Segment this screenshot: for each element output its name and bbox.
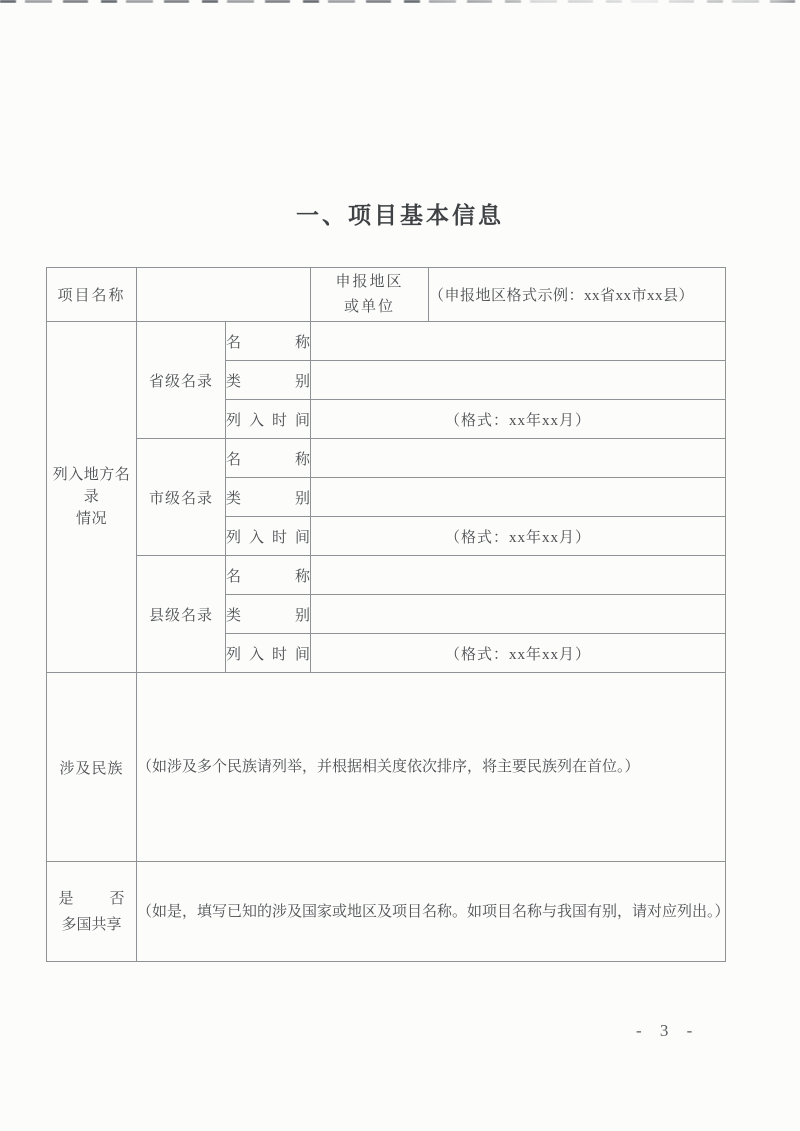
municipal-category-label: 类 别: [226, 478, 311, 517]
provincial-name-value: [311, 322, 726, 361]
declaring-region-label-line1: 申报地区: [335, 274, 403, 290]
declaring-region-label-line2: 或单位: [344, 299, 395, 315]
municipal-directory-label: 市级名录: [137, 439, 226, 556]
project-name-value: [137, 268, 311, 322]
provincial-date-label: 列入时间: [226, 400, 311, 439]
provincial-category-value: [311, 361, 726, 400]
project-name-label: 项目名称: [47, 268, 137, 322]
page-title: 一、项目基本信息: [0, 197, 800, 230]
multi-country-shared-label-line2: 多国共享: [61, 917, 121, 933]
provincial-directory-label: 省级名录: [137, 322, 226, 439]
ethnic-groups-value: （如涉及多个民族请列举，并根据相关度依次排序，将主要民族列在首位。）: [137, 673, 726, 862]
multi-country-shared-label: 是 否 多国共享: [47, 862, 137, 962]
scanned-form-page: 一、项目基本信息 项目名称 申报地区 或单位 （申报地区格式示例：xx省xx市x…: [0, 0, 800, 1131]
county-category-label: 类 别: [226, 595, 311, 634]
county-date-hint: （格式：xx年xx月）: [311, 634, 726, 673]
multi-country-shared-label-line1: 是 否: [59, 886, 125, 912]
county-directory-label: 县级名录: [137, 556, 226, 673]
county-date-label: 列入时间: [226, 634, 311, 673]
local-directory-status-label: 列入地方名录 情况: [47, 322, 137, 673]
page-number: - 3 -: [636, 1021, 697, 1041]
county-name-label: 名 称: [226, 556, 311, 595]
municipal-date-hint: （格式：xx年xx月）: [311, 517, 726, 556]
provincial-date-hint: （格式：xx年xx月）: [311, 400, 726, 439]
county-name-value: [311, 556, 726, 595]
declaring-region-hint: （申报地区格式示例：xx省xx市xx县）: [429, 268, 726, 322]
municipal-date-label: 列入时间: [226, 517, 311, 556]
municipal-name-value: [311, 439, 726, 478]
declaring-region-label: 申报地区 或单位: [311, 268, 429, 322]
ethnic-groups-label: 涉及民族: [47, 673, 137, 862]
local-directory-status-label-line2: 情况: [76, 511, 107, 527]
municipal-name-label: 名 称: [226, 439, 311, 478]
municipal-category-value: [311, 478, 726, 517]
project-basic-info-table: 项目名称 申报地区 或单位 （申报地区格式示例：xx省xx市xx县） 列入地方名…: [46, 267, 726, 962]
multi-country-shared-value: （如是，填写已知的涉及国家或地区及项目名称。如项目名称与我国有别，请对应列出。）: [137, 862, 726, 962]
local-directory-status-label-line1: 列入地方名录: [53, 467, 131, 505]
provincial-category-label: 类 别: [226, 361, 311, 400]
county-category-value: [311, 595, 726, 634]
scan-artifact-top-edge: [0, 0, 800, 3]
provincial-name-label: 名 称: [226, 322, 311, 361]
